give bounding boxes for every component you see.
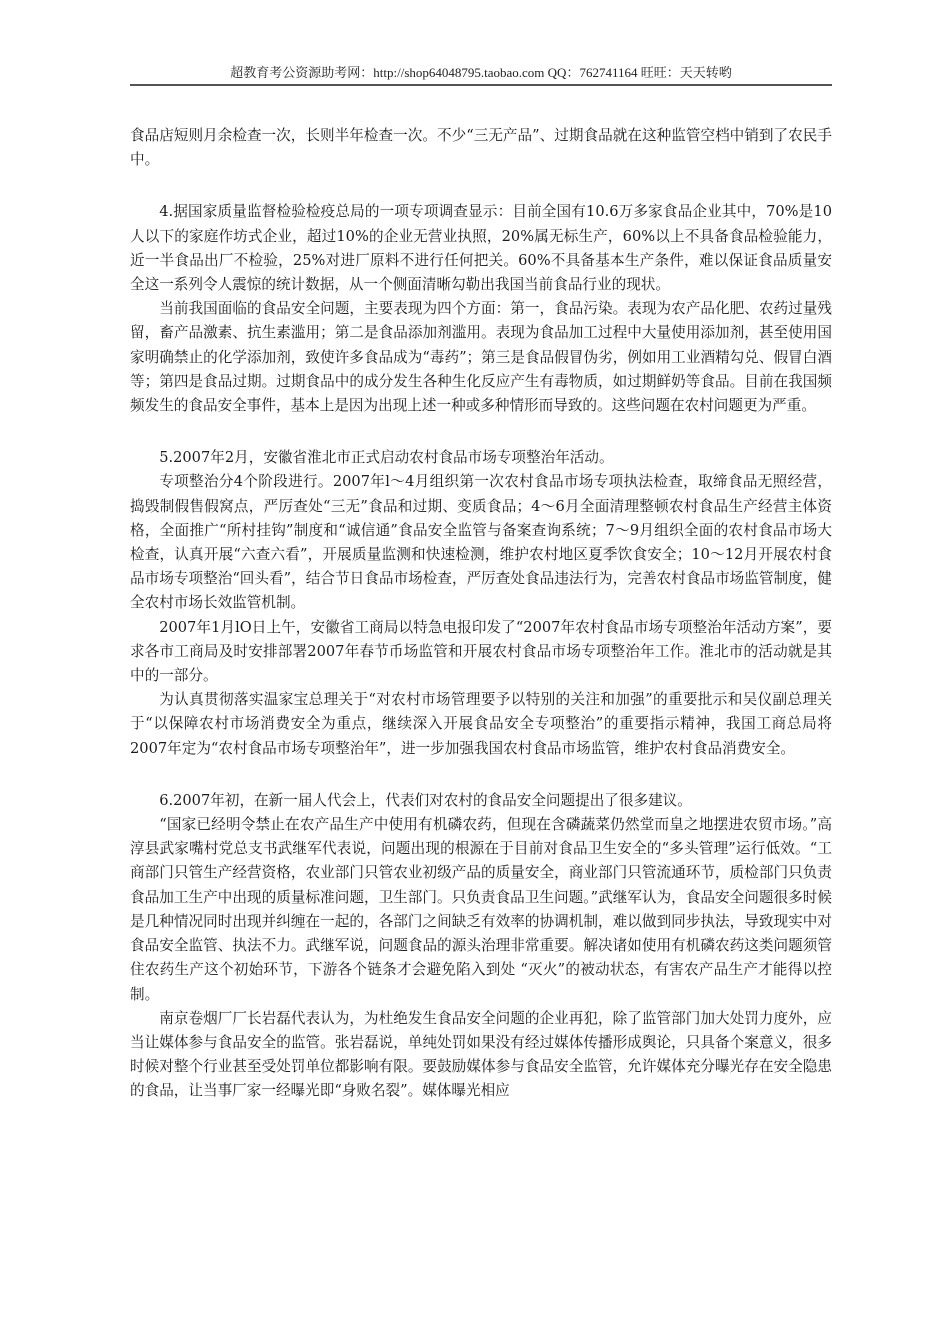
page-header: 超教育考公资源助考网：http://shop64048795.taobao.co… bbox=[130, 62, 832, 81]
paragraph-campaign-stages: 专项整治分4个阶段进行。2007年l～4月组织第一次农村食品市场专项执法检查，取… bbox=[130, 470, 832, 615]
paragraph-item-5: 5.2007年2月，安徽省淮北市正式启动农村食品市场专项整治年活动。 bbox=[130, 446, 832, 470]
paragraph-item-6: 6.2007年初，在新一届人代会上，代表们对农村的食品安全问题提出了很多建议。 bbox=[130, 789, 832, 813]
paragraph-representative-zhang: 南京卷烟厂厂长岩磊代表认为，为杜绝发生食品安全问题的企业再犯，除了监管部门加大处… bbox=[130, 1007, 832, 1104]
paragraph-national-directive: 为认真贯彻落实温家宝总理关于“对农村市场管理要予以特别的关注和加强”的重要批示和… bbox=[130, 688, 832, 761]
paragraph-provincial-notice: 2007年1月lO日上午，安徽省工商局以特急电报印发了“2007年农村食品市场专… bbox=[130, 616, 832, 689]
paragraph-continued: 食品店短则月余检查一次，长则半年检查一次。不少“三无产品”、过期食品就在这种监管… bbox=[130, 124, 832, 172]
header-divider bbox=[130, 84, 832, 86]
paragraph-item-4: 4.据国家质量监督检验检疫总局的一项专项调查显示：目前全国有10.6万多家食品企… bbox=[130, 200, 832, 297]
paragraph-food-safety-issues: 当前我国面临的食品安全问题，主要表现为四个方面：第一，食品污染。表现为农产品化肥… bbox=[130, 297, 832, 418]
paragraph-representative-wu: “国家已经明令禁止在农产品生产中使用有机磷农药，但现在含磷蔬菜仍然堂而皇之地摆进… bbox=[130, 813, 832, 1007]
document-body: 食品店短则月余检查一次，长则半年检查一次。不少“三无产品”、过期食品就在这种监管… bbox=[130, 124, 832, 1104]
